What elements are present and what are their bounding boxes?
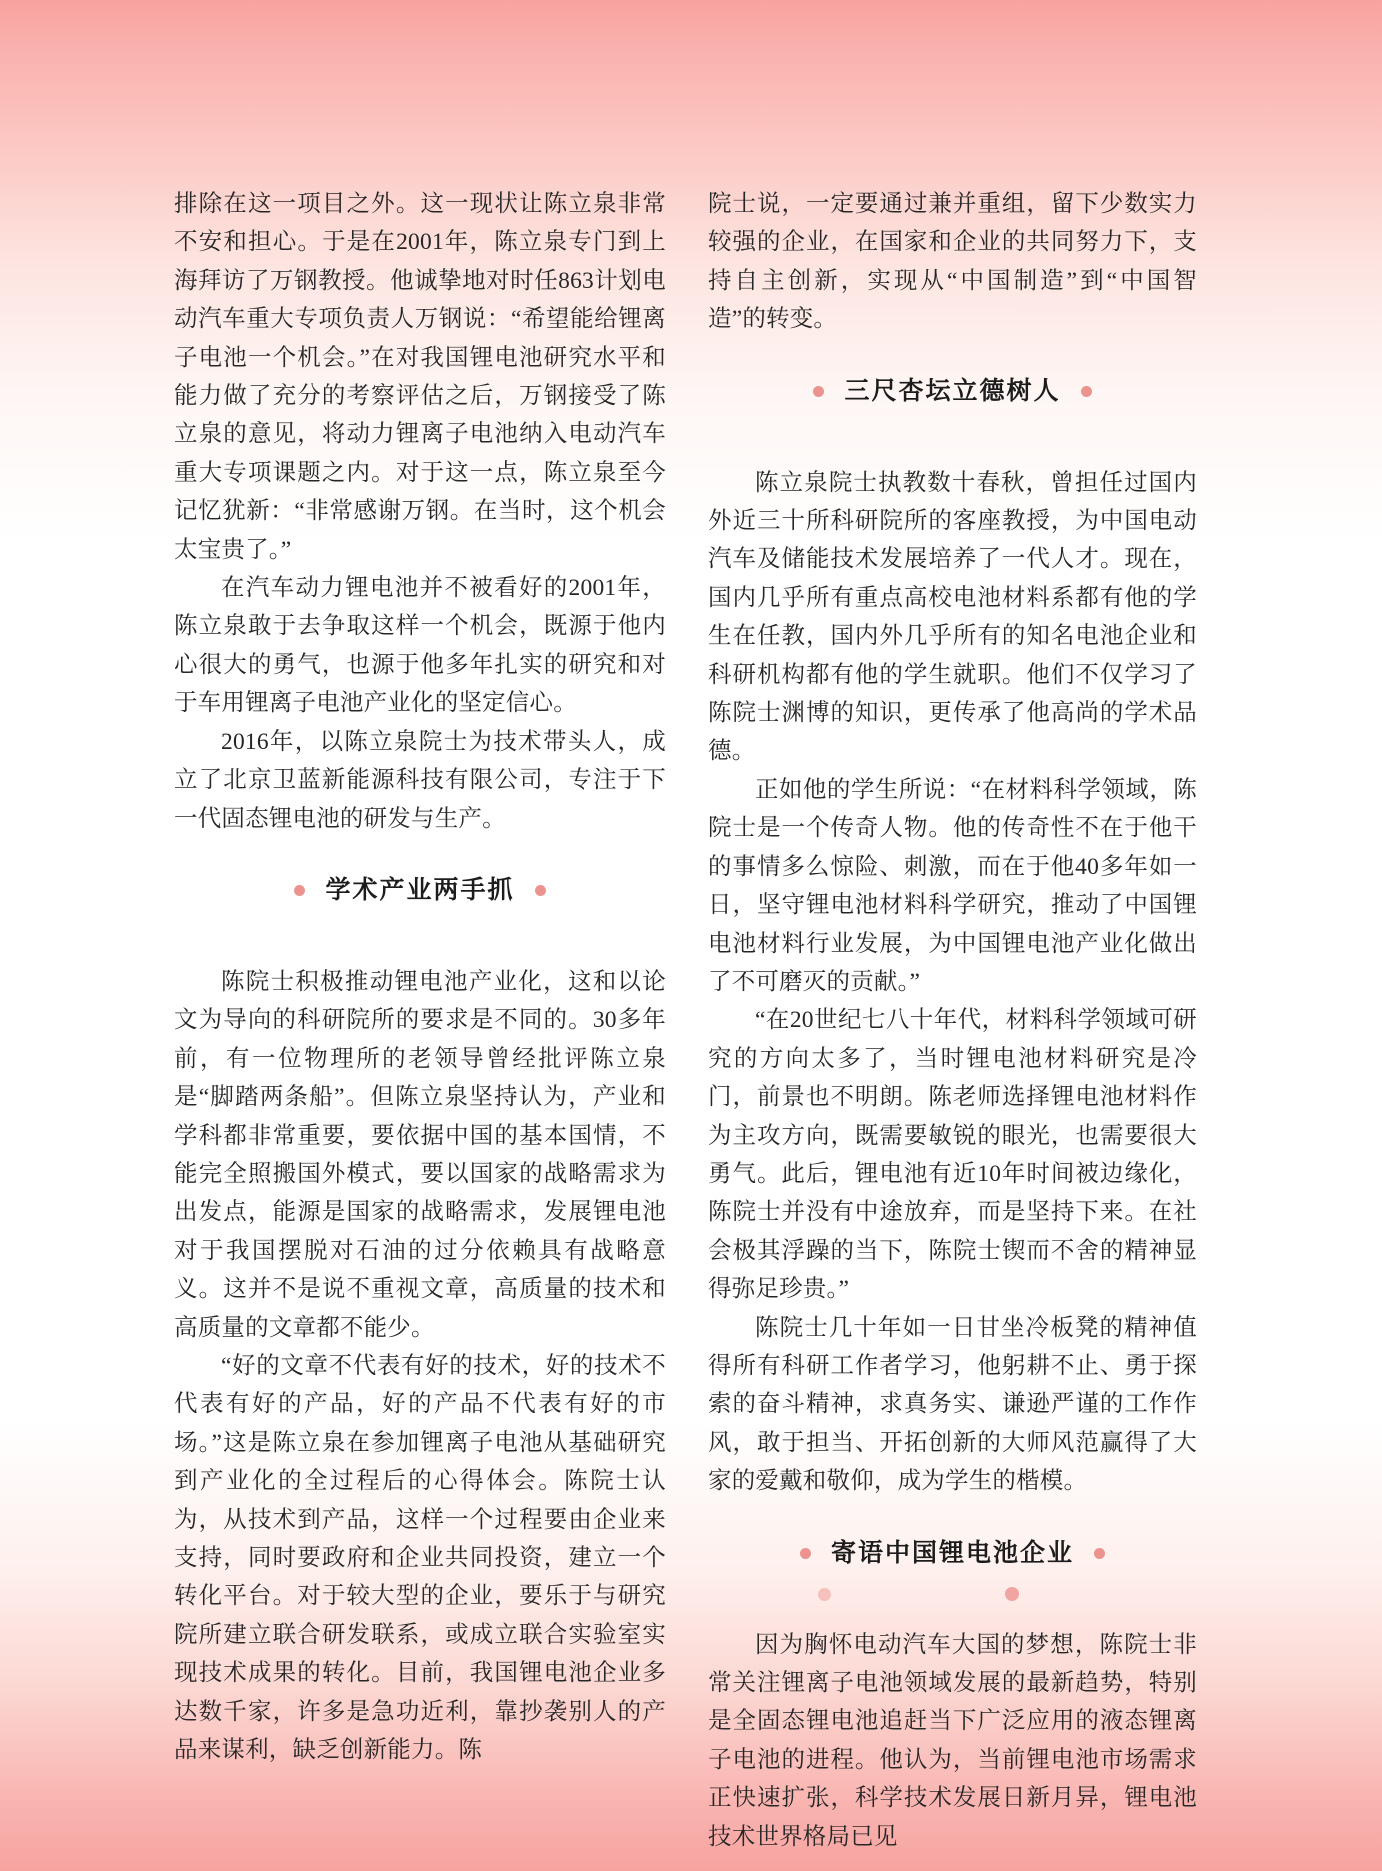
section-heading: 寄语中国锂电池企业	[708, 1534, 1197, 1574]
body-paragraph: 2016年，以陈立泉院士为技术带头人，成立了北京卫蓝新能源科技有限公司，专注于下…	[174, 723, 666, 838]
heading-dot-icon	[800, 1548, 811, 1559]
section-heading-text: 三尺杏坛立德树人	[844, 372, 1060, 412]
body-paragraph: 院士说，一定要通过兼并重组，留下少数实力较强的企业，在国家和企业的共同努力下，支…	[708, 185, 1197, 339]
heading-dot-icon	[813, 386, 824, 397]
right-column: 院士说，一定要通过兼并重组，留下少数实力较强的企业，在国家和企业的共同努力下，支…	[708, 185, 1197, 1856]
body-paragraph: 正如他的学生所说：“在材料科学领域，陈院士是一个传奇人物。他的传奇性不在于他干的…	[708, 771, 1197, 1001]
ink-bleed-dot-icon	[818, 1588, 831, 1601]
body-paragraph: “在20世纪七八十年代，材料科学领域可研究的方向太多了，当时锂电池材料研究是冷门…	[708, 1001, 1197, 1308]
body-paragraph: 因为胸怀电动汽车大国的梦想，陈院士非常关注锂离子电池领域发展的最新趋势，特别是全…	[708, 1626, 1197, 1856]
ink-bleed-dot-icon	[1005, 1587, 1019, 1601]
heading-dot-icon	[1094, 1548, 1105, 1559]
heading-dot-icon	[535, 885, 546, 896]
heading-dot-icon	[294, 885, 305, 896]
body-paragraph: 在汽车动力锂电池并不被看好的2001年，陈立泉敢于去争取这样一个机会，既源于他内…	[174, 569, 666, 723]
body-paragraph: “好的文章不代表有好的技术，好的技术不代表有好的产品，好的产品不代表有好的市场。…	[174, 1347, 666, 1769]
heading-dot-icon	[1081, 386, 1092, 397]
body-paragraph: 排除在这一项目之外。这一现状让陈立泉非常不安和担心。于是在2001年，陈立泉专门…	[174, 185, 666, 569]
section-heading-text: 学术产业两手抓	[325, 871, 514, 911]
body-paragraph: 陈立泉院士执教数十春秋，曾担任过国内外近三十所科研院所的客座教授，为中国电动汽车…	[708, 464, 1197, 771]
left-column: 排除在这一项目之外。这一现状让陈立泉非常不安和担心。于是在2001年，陈立泉专门…	[174, 185, 666, 1769]
section-heading: 三尺杏坛立德树人	[708, 372, 1197, 412]
body-paragraph: 陈院士积极推动锂电池产业化，这和以论文为导向的科研院所的要求是不同的。30多年前…	[174, 963, 666, 1347]
section-heading: 学术产业两手抓	[174, 871, 666, 911]
article-page: 排除在这一项目之外。这一现状让陈立泉非常不安和担心。于是在2001年，陈立泉专门…	[0, 0, 1382, 1871]
body-paragraph: 陈院士几十年如一日甘坐冷板凳的精神值得所有科研工作者学习，他躬耕不止、勇于探索的…	[708, 1309, 1197, 1501]
section-heading-text: 寄语中国锂电池企业	[831, 1534, 1074, 1574]
